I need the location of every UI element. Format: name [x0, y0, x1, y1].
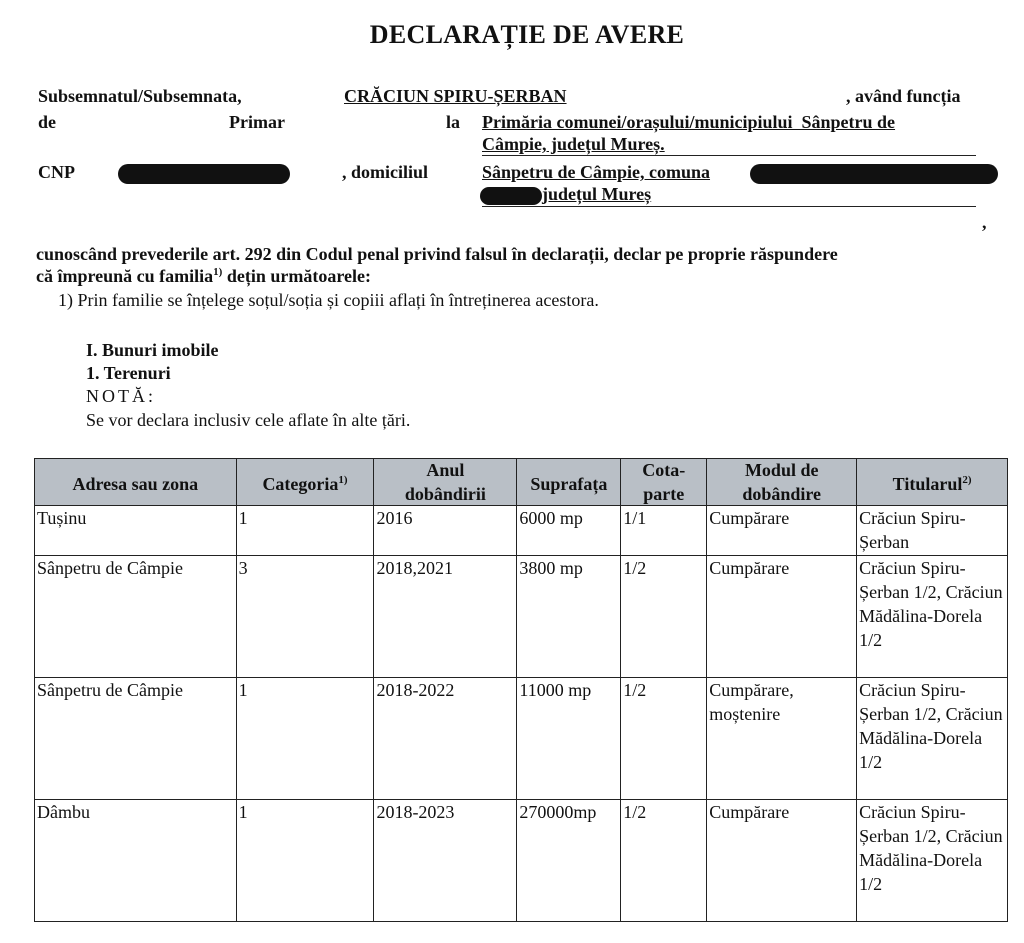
address-redaction-2	[480, 187, 542, 205]
cell-cota: 1/2	[621, 678, 707, 800]
nota-label: NOTĂ:	[86, 386, 156, 407]
domiciliul-label: , domiciliul	[342, 162, 428, 183]
cell-titularul: Crăciun Spiru-Șerban 1/2, Crăciun Mădăli…	[857, 678, 1008, 800]
cell-titularul: Crăciun Spiru-Șerban	[857, 506, 1008, 556]
document-title: DECLARAȚIE DE AVERE	[0, 20, 1024, 50]
cell-adresa: Tușinu	[35, 506, 237, 556]
cell-anul: 2018-2023	[374, 800, 517, 922]
functia-label: , având funcția	[846, 86, 961, 107]
address-line1: Sânpetru de Câmpie, comuna	[482, 162, 710, 183]
nota-text: Se vor declara inclusiv cele aflate în a…	[86, 410, 410, 431]
declaration-line1: cunoscând prevederile art. 292 din Codul…	[36, 244, 838, 265]
section-subheading: 1. Terenuri	[86, 363, 171, 384]
declarant-name: CRĂCIUN SPIRU-ȘERBAN	[344, 86, 567, 107]
cell-suprafata: 6000 mp	[517, 506, 621, 556]
de-label: de	[38, 112, 56, 133]
table-header-row: Adresa sau zona Categoria1) Anul dobândi…	[35, 459, 1008, 506]
subsemnatul-label: Subsemnatul/Subsemnata,	[38, 86, 242, 107]
header-categoria: Categoria1)	[236, 459, 374, 506]
cell-anul: 2018,2021	[374, 556, 517, 678]
footnote-marker: 1)	[213, 266, 222, 278]
institution-underline	[482, 155, 976, 156]
cell-suprafata: 270000mp	[517, 800, 621, 922]
family-footnote: 1) Prin familie se înțelege soțul/soția …	[58, 290, 599, 311]
declaration-line2-text-a: că împreună cu familia	[36, 266, 213, 286]
section-heading: I. Bunuri imobile	[86, 340, 219, 361]
cell-categoria: 3	[236, 556, 374, 678]
cell-categoria: 1	[236, 506, 374, 556]
cell-anul: 2016	[374, 506, 517, 556]
header-suprafata: Suprafața	[517, 459, 621, 506]
header-cota: Cota-parte	[621, 459, 707, 506]
cell-anul: 2018-2022	[374, 678, 517, 800]
cell-modul: Cumpărare	[707, 556, 857, 678]
cell-titularul: Crăciun Spiru-Șerban 1/2, Crăciun Mădăli…	[857, 800, 1008, 922]
cell-suprafata: 3800 mp	[517, 556, 621, 678]
stray-comma: ,	[982, 212, 987, 233]
header-modul: Modul de dobândire	[707, 459, 857, 506]
cell-categoria: 1	[236, 678, 374, 800]
table-row: Tușinu 1 2016 6000 mp 1/1 Cumpărare Crăc…	[35, 506, 1008, 556]
cell-modul: Cumpărare	[707, 800, 857, 922]
table-row: Sânpetru de Câmpie 3 2018,2021 3800 mp 1…	[35, 556, 1008, 678]
address-underline	[482, 206, 976, 207]
cell-titularul: Crăciun Spiru-Șerban 1/2, Crăciun Mădăli…	[857, 556, 1008, 678]
cell-adresa: Sânpetru de Câmpie	[35, 678, 237, 800]
table-row: Dâmbu 1 2018-2023 270000mp 1/2 Cumpărare…	[35, 800, 1008, 922]
address-redaction-1	[750, 164, 998, 184]
header-anul: Anul dobândirii	[374, 459, 517, 506]
header-adresa: Adresa sau zona	[35, 459, 237, 506]
declaration-line2: că împreună cu familia1) dețin următoare…	[36, 266, 371, 287]
cell-adresa: Sânpetru de Câmpie	[35, 556, 237, 678]
cell-modul: Cumpărare, moștenire	[707, 678, 857, 800]
header-titularul: Titularul2)	[857, 459, 1008, 506]
cell-adresa: Dâmbu	[35, 800, 237, 922]
cnp-redaction	[118, 164, 290, 184]
cell-cota: 1/2	[621, 556, 707, 678]
function-value: Primar	[229, 112, 285, 133]
address-line2: județul Mureș	[542, 184, 651, 205]
table-row: Sânpetru de Câmpie 1 2018-2022 11000 mp …	[35, 678, 1008, 800]
cell-cota: 1/1	[621, 506, 707, 556]
cell-suprafata: 11000 mp	[517, 678, 621, 800]
institution-line1: Primăria comunei/orașului/municipiului S…	[482, 112, 895, 133]
la-label: la	[446, 112, 460, 133]
cell-modul: Cumpărare	[707, 506, 857, 556]
cell-cota: 1/2	[621, 800, 707, 922]
cnp-label: CNP	[38, 162, 75, 183]
cell-categoria: 1	[236, 800, 374, 922]
declaration-line2-text-b: dețin următoarele:	[222, 266, 371, 286]
terenuri-table: Adresa sau zona Categoria1) Anul dobândi…	[34, 458, 1008, 922]
institution-line2: Câmpie, județul Mureș.	[482, 134, 665, 155]
